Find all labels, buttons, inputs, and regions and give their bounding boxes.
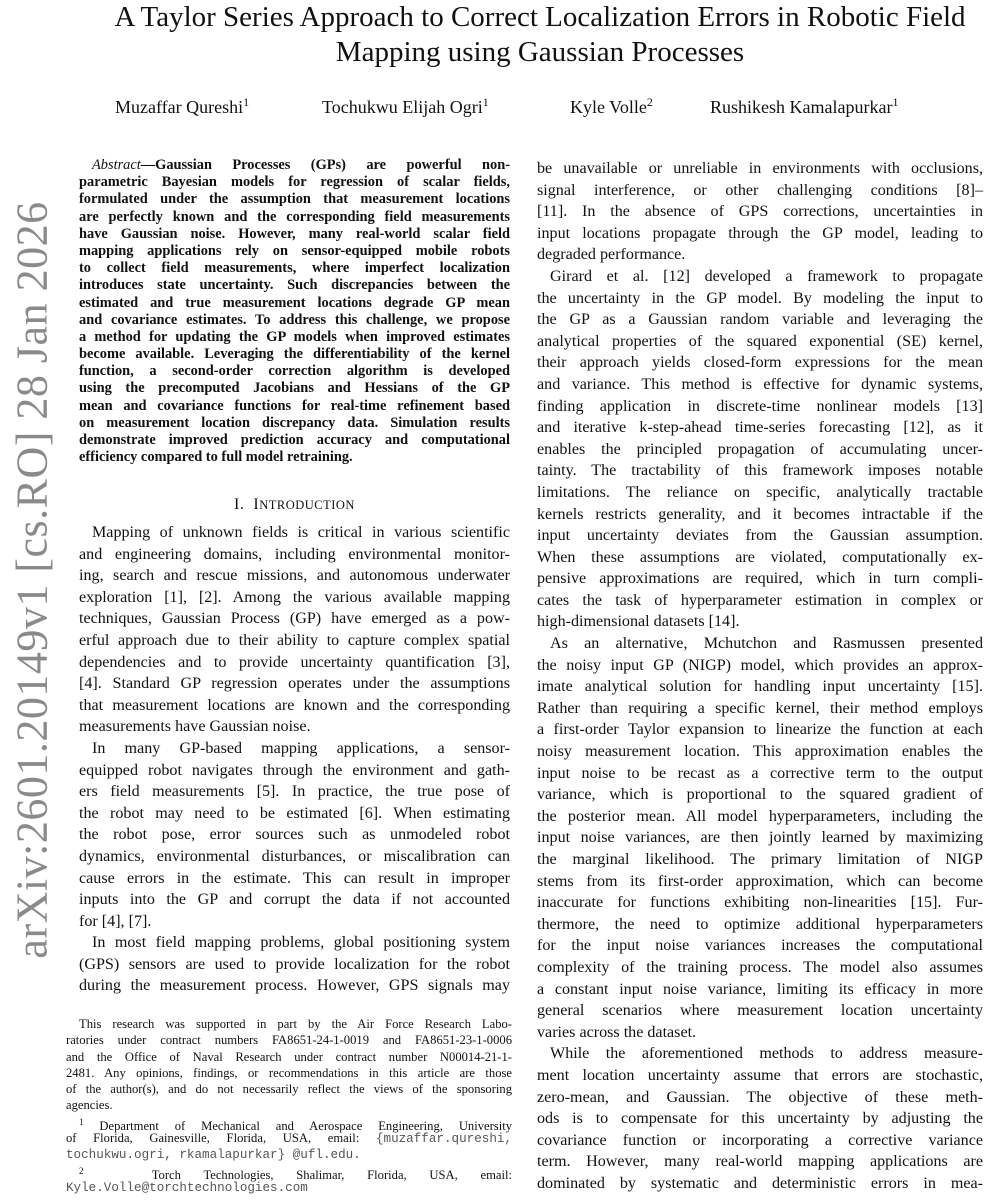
abstract-line: and covariance estimates. To address thi…: [79, 312, 510, 329]
abstract-line: introduces state uncertainty. Such discr…: [79, 277, 510, 294]
author-4: Rushikesh Kamalapurkar1: [710, 95, 898, 118]
email-text: {muzaffar.qureshi,: [376, 1132, 512, 1146]
email-link: Kyle.Volle@torchtechnologies.com: [66, 1181, 308, 1195]
paragraph: be unavailable or unreliable in environm…: [537, 158, 983, 266]
title-line-2: Mapping using Gaussian Processes: [100, 35, 980, 70]
abstract-line: demonstrate improved prediction accuracy…: [79, 432, 510, 449]
abstract-line: parametric Bayesian models for regressio…: [79, 174, 510, 191]
author-1: Muzaffar Qureshi1: [115, 95, 249, 118]
abstract-line: using the precomputed Jacobians and Hess…: [79, 380, 510, 397]
abstract-line: efficiency compared to full model retrai…: [79, 449, 510, 466]
right-column-body: be unavailable or unreliable in environm…: [537, 158, 983, 1195]
abstract-line: Abstract—Gaussian Processes (GPs) are po…: [79, 157, 510, 174]
abstract-line: function, a second-order correction algo…: [79, 363, 510, 380]
paper-title: A Taylor Series Approach to Correct Loca…: [100, 0, 980, 70]
arxiv-identifier-stamp: arXiv:2601.20149v1 [cs.RO] 28 Jan 2026: [4, 260, 60, 900]
abstract: Abstract—Gaussian Processes (GPs) are po…: [79, 157, 510, 466]
abstract-line: formulated under the assumption that mea…: [79, 191, 510, 208]
abstract-line: a method for updating the GP models when…: [79, 329, 510, 346]
abstract-line: become available. Leveraging the differe…: [79, 346, 510, 363]
paragraph: While the aforementioned methods to addr…: [537, 1043, 983, 1194]
paragraph: As an alternative, Mchutchon and Rasmuss…: [537, 633, 983, 1043]
abstract-line: to collect field measurements, where imp…: [79, 260, 510, 277]
email-text: tochukwu.ogri, rkamalapurkar}: [66, 1148, 285, 1162]
abstract-line: estimated and true measurement locations…: [79, 295, 510, 312]
title-line-1: A Taylor Series Approach to Correct Loca…: [100, 0, 980, 35]
abstract-line: mean and covariance functions for real-t…: [79, 398, 510, 415]
paragraph: Mapping of unknown fields is critical in…: [79, 522, 510, 738]
author-2: Tochukwu Elijah Ogri1: [322, 95, 489, 118]
paragraph: Girard et al. [12] developed a framework…: [537, 266, 983, 633]
funding-footnote: This research was supported in part by t…: [66, 1016, 512, 1114]
section-heading-introduction: I. INTRODUCTION: [79, 496, 510, 514]
left-column-body: Mapping of unknown fields is critical in…: [79, 522, 510, 997]
abstract-line: on measurement location discrepancy data…: [79, 415, 510, 432]
footnotes: This research was supported in part by t…: [66, 1016, 512, 1195]
abstract-line: mapping applications rely on sensor-equi…: [79, 243, 510, 260]
paragraph: In most field mapping problems, global p…: [79, 932, 510, 997]
author-3: Kyle Volle2: [570, 95, 653, 118]
author-list: Muzaffar Qureshi1 Tochukwu Elijah Ogri1 …: [0, 95, 984, 121]
abstract-line: have Gaussian noise. However, many real-…: [79, 226, 510, 243]
abstract-line: are perfectly known and the correspondin…: [79, 209, 510, 226]
affiliation-footnote-2: 2 Torch Technologies, Shalimar, Florida,…: [66, 1163, 512, 1196]
paragraph: In many GP-based mapping applications, a…: [79, 738, 510, 932]
abstract-label: Abstract: [92, 157, 141, 173]
affiliation-footnote-1: 1 Department of Mechanical and Aerospace…: [66, 1114, 512, 1163]
